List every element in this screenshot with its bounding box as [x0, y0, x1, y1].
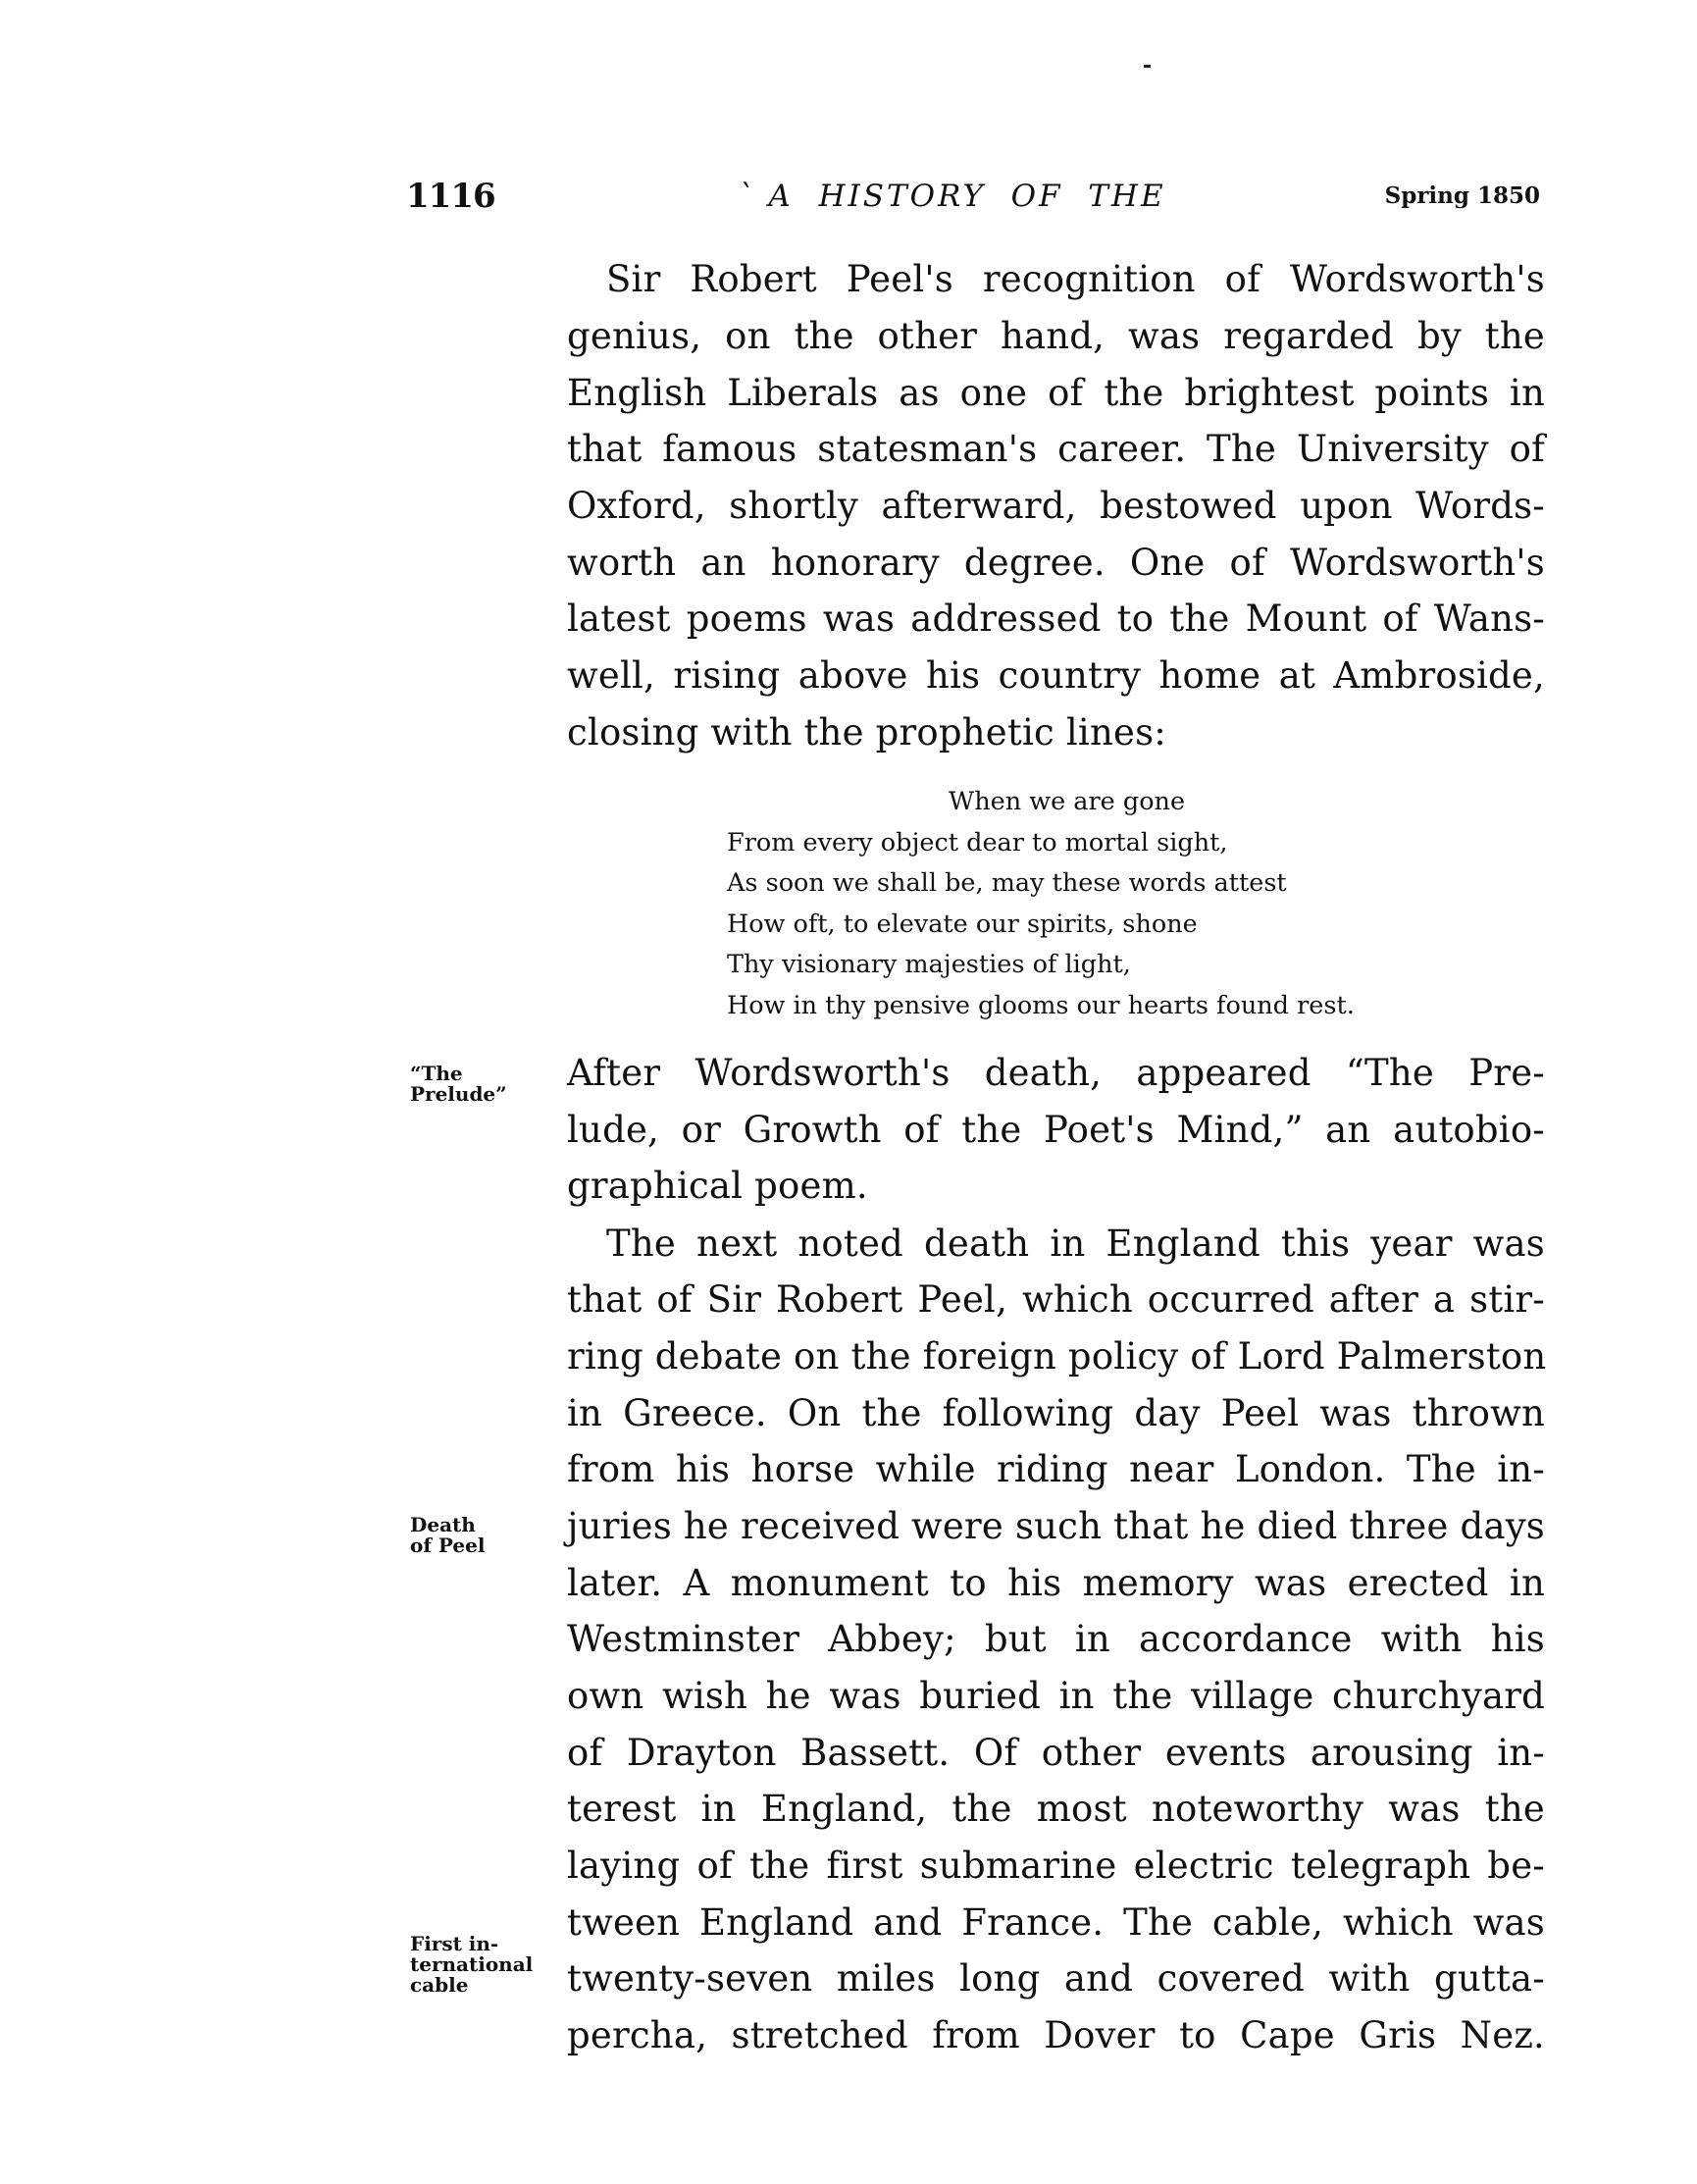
margin-note-line: cable — [410, 1975, 533, 1996]
margin-note-death-of-peel: Death of Peel — [410, 1515, 485, 1556]
running-date: Spring 1850 — [1385, 182, 1540, 209]
text-line: own wish he was buried in the village ch… — [567, 1675, 1545, 1718]
margin-note-line: of Peel — [410, 1535, 485, 1556]
text-line: that famous statesman's career. The Univ… — [567, 428, 1545, 471]
text-line: well, rising above his country home at A… — [567, 654, 1545, 698]
text-line: worth an honorary degree. One of Wordswo… — [567, 542, 1545, 585]
poem-line: How in thy pensive glooms our hearts fou… — [727, 991, 1355, 1020]
text-line: The next noted death in England this yea… — [606, 1222, 1545, 1266]
poem-line: When we are gone — [949, 787, 1185, 816]
poem-line: How oft, to elevate our spirits, shone — [727, 910, 1198, 939]
text-line: latest poems was addressed to the Mount … — [567, 598, 1545, 641]
text-line: English Liberals as one of the brightest… — [567, 372, 1545, 415]
text-line: later. A monument to his memory was erec… — [567, 1562, 1545, 1605]
text-line: closing with the prophetic lines: — [567, 711, 1545, 754]
margin-note-line: Death — [410, 1515, 485, 1535]
margin-note-prelude: “The Prelude” — [410, 1064, 507, 1105]
poem-line: As soon we shall be, may these words att… — [727, 868, 1287, 898]
text-line: Oxford, shortly afterward, bestowed upon… — [567, 485, 1545, 528]
text-line: tween England and France. The cable, whi… — [567, 1901, 1545, 1945]
poem-line: From every object dear to mortal sight, — [727, 828, 1228, 858]
text-line: in Greece. On the following day Peel was… — [567, 1392, 1545, 1435]
margin-note-line: “The — [410, 1064, 507, 1084]
text-line: of Drayton Bassett. Of other events arou… — [567, 1732, 1545, 1775]
text-line: juries he received were such that he die… — [567, 1505, 1545, 1548]
text-line: that of Sir Robert Peel, which occurred … — [567, 1278, 1545, 1322]
text-line: graphical poem. — [567, 1165, 1545, 1208]
text-line: Westminster Abbey; but in accordance wit… — [567, 1618, 1545, 1661]
text-line: terest in England, the most noteworthy w… — [567, 1788, 1545, 1831]
text-line: After Wordsworth's death, appeared “The … — [567, 1052, 1545, 1095]
page-number: 1116 — [406, 177, 495, 216]
margin-note-line: ternational — [410, 1954, 533, 1975]
stray-mark — [1144, 65, 1151, 68]
text-line: laying of the first submarine electric t… — [567, 1845, 1545, 1888]
poem-line: Thy visionary majesties of light, — [727, 950, 1131, 979]
margin-note-line: First in- — [410, 1934, 533, 1954]
margin-note-line: Prelude” — [410, 1084, 507, 1105]
text-line: twenty-seven miles long and covered with… — [567, 1957, 1545, 2001]
text-line: ring debate on the foreign policy of Lor… — [567, 1335, 1545, 1378]
text-line: from his horse while riding near London.… — [567, 1448, 1545, 1491]
text-line: Sir Robert Peel's recognition of Wordswo… — [606, 258, 1545, 301]
margin-note-first-international-cable: First in- ternational cable — [410, 1934, 533, 1996]
text-line: lude, or Growth of the Poet's Mind,” an … — [567, 1109, 1545, 1152]
text-line: percha, stretched from Dover to Cape Gri… — [567, 2014, 1545, 2057]
running-title: ` A HISTORY OF THE — [738, 179, 1166, 214]
text-line: genius, on the other hand, was regarded … — [567, 315, 1545, 358]
